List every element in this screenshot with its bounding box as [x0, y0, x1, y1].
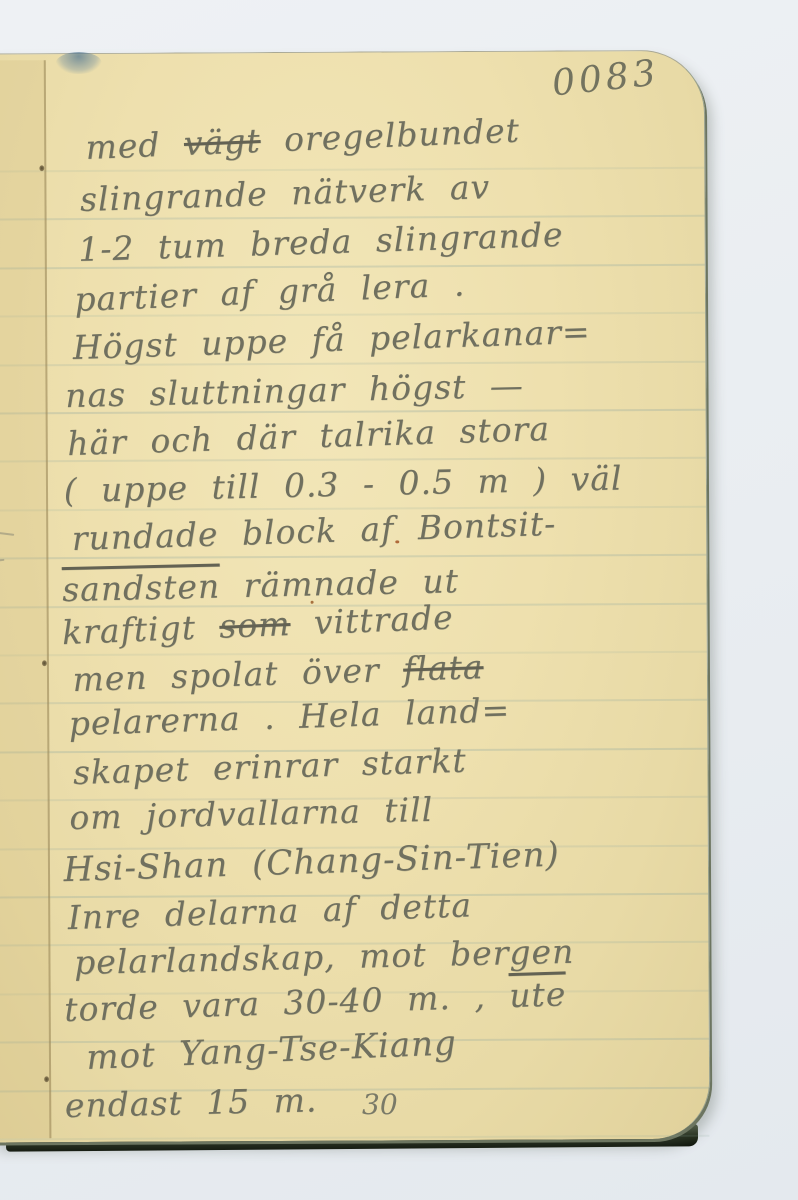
handwriting-line: pelarlandskap, mot bergen — [74, 934, 575, 982]
handwriting-line: här och där talrika stora — [67, 411, 551, 462]
handwriting-line: rundade block af Bontsit- — [71, 506, 557, 558]
handwriting-line: slingrande nätverk av — [79, 169, 490, 218]
handwriting-line: partier af grå lera . — [74, 266, 466, 318]
handwriting-line: Hsi-Shan (Chang-Sin-Tien) — [63, 837, 560, 890]
handwriting-line: ( uppe till 0.3 - 0.5 m ) väl — [63, 460, 623, 509]
handwriting-text: pelarerna . Hela land= — [68, 690, 511, 743]
handwriting-text: 1-2 tum breda slingrande — [78, 215, 564, 269]
page-number: 30 — [362, 1088, 398, 1121]
handwriting-text: torde vara 30-40 m. , — [64, 976, 510, 1029]
handwriting-line: men spolat över flata — [72, 649, 484, 698]
handwriting-text: oregelbundet — [260, 111, 521, 160]
handwriting-line: mot Yang-Tse-Kiang — [86, 1025, 458, 1077]
handwriting-text: skapet erinrar starkt — [72, 741, 467, 792]
handwriting-text: med — [85, 124, 185, 167]
handwriting-line: Inre delarna af detta — [67, 887, 472, 936]
handwriting-text: vittrade — [290, 597, 455, 643]
handwriting-strike-word: vägt — [183, 121, 261, 163]
handwriting-text: Högst uppe få pelarkanar= — [72, 312, 591, 367]
handwriting-over-word: ute — [509, 974, 567, 1015]
handwriting-text: ( uppe till 0.3 - 0.5 m ) väl — [63, 458, 623, 510]
handwriting-line: med vägt oregelbundet — [85, 113, 521, 167]
handwriting-line: endast 15 m. — [65, 1082, 318, 1124]
handwriting-layer: med vägt oregelbundetslingrande nätverk … — [0, 51, 709, 1143]
handwriting-text: kraftigt — [61, 607, 220, 652]
notebook-scan: med vägt oregelbundetslingrande nätverk … — [0, 0, 798, 1200]
handwriting-text: pelarlandskap, mot bergen — [74, 932, 575, 982]
handwriting-text: men spolat över — [72, 650, 404, 699]
handwriting-over-word: sandsten — [62, 567, 221, 610]
handwriting-line: skapet erinrar starkt — [72, 743, 467, 792]
handwriting-text: endast 15 m. — [64, 1080, 317, 1125]
handwriting-text: slingrande nätverk av — [79, 167, 490, 219]
handwriting-line: Högst uppe få pelarkanar= — [72, 314, 591, 367]
handwriting-text: här och där talrika stora — [67, 409, 551, 463]
handwriting-line: nas sluttningar högst — — [65, 368, 524, 415]
handwriting-line: torde vara 30-40 m. , ute — [64, 976, 567, 1028]
handwriting-line: 1-2 tum breda slingrande — [78, 217, 564, 269]
handwriting-text: Inre delarna af detta — [67, 885, 472, 937]
notebook-page: med vägt oregelbundetslingrande nätverk … — [0, 50, 710, 1143]
handwriting-strike-word: flata — [403, 647, 485, 689]
handwriting-text: Hsi-Shan (Chang-Sin-Tien) — [63, 835, 560, 891]
handwriting-text: rundade block af Bontsit- — [71, 504, 557, 558]
handwriting-line: om jordvallarna till — [69, 792, 434, 837]
handwriting-text: mot Yang-Tse-Kiang — [86, 1023, 458, 1078]
handwriting-strike-word: som — [219, 604, 292, 646]
handwriting-text: partier af grå lera . — [74, 264, 466, 319]
handwriting-text: om jordvallarna till — [69, 790, 434, 837]
handwriting-line: pelarerna . Hela land= — [68, 692, 511, 742]
handwriting-text: nas sluttningar högst — — [65, 366, 524, 415]
